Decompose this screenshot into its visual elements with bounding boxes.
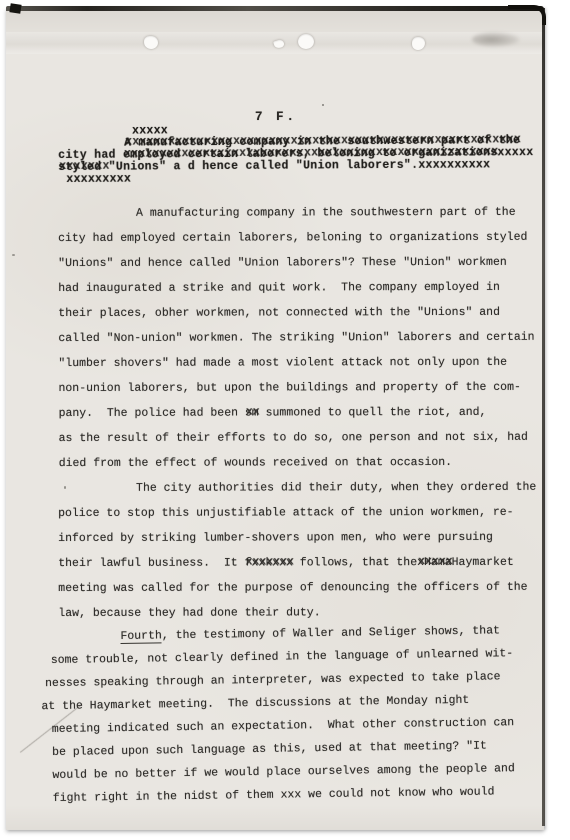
paragraph-2: The city authorities did their duty, whe… [58, 475, 544, 626]
scan-background: { "page": { "number_label": "7 F." }, "d… [0, 0, 570, 840]
typed-line: "Unions" and hence called "Union laborer… [58, 250, 544, 276]
typed-line: A manufacturing company in the southwest… [136, 200, 544, 226]
typed-line: died from the effect of wounds received … [59, 450, 545, 476]
page-corner-curl [508, 5, 546, 25]
document-page: 7 F. xxxxxA manufacturing company in the… [6, 8, 544, 830]
typed-line: The city authorities did their duty, whe… [136, 475, 544, 501]
punch-hole [298, 34, 314, 49]
typed-line: their places, obher workmen, not connect… [58, 300, 544, 326]
typed-line: inforced by striking lumber-shovers upon… [58, 525, 544, 551]
ink-smudge [472, 32, 520, 47]
page-number: 7 F. [176, 110, 376, 124]
paragraph-3: Fourth, the testimony of Waller and Seli… [50, 619, 544, 810]
struck-block: xxxxxA manufacturing company in the sout… [58, 123, 544, 186]
typed-line: as the result of their efforts to do so,… [59, 425, 545, 451]
typed-content: xxxxxA manufacturing company in the sout… [58, 126, 544, 810]
corner-ink-mark [9, 3, 21, 14]
typed-line: police to stop this unjustifiable attack… [58, 500, 544, 526]
typed-line: meeting was called for the purpose of de… [58, 575, 544, 601]
paragraph-1: A manufacturing company in the southwest… [58, 200, 545, 476]
typed-line: non-union laborers, but upon the buildin… [58, 375, 544, 401]
typed-line: city had employed certain laborers, belo… [58, 225, 544, 251]
ink-speck [322, 104, 324, 106]
typed-line: their lawful business. It fxxkxxxxxxxxxx… [58, 550, 544, 576]
punch-hole [144, 36, 158, 49]
typed-line: "lumber shovers" had made a most violent… [58, 350, 544, 376]
typed-line: called "Non-union" workmen. The striking… [58, 325, 544, 351]
typed-line: pany. The police had been smxx summoned … [59, 400, 545, 426]
typed-line: had inaugurated a strike and quit work. … [58, 275, 544, 301]
ink-speck [12, 254, 15, 256]
